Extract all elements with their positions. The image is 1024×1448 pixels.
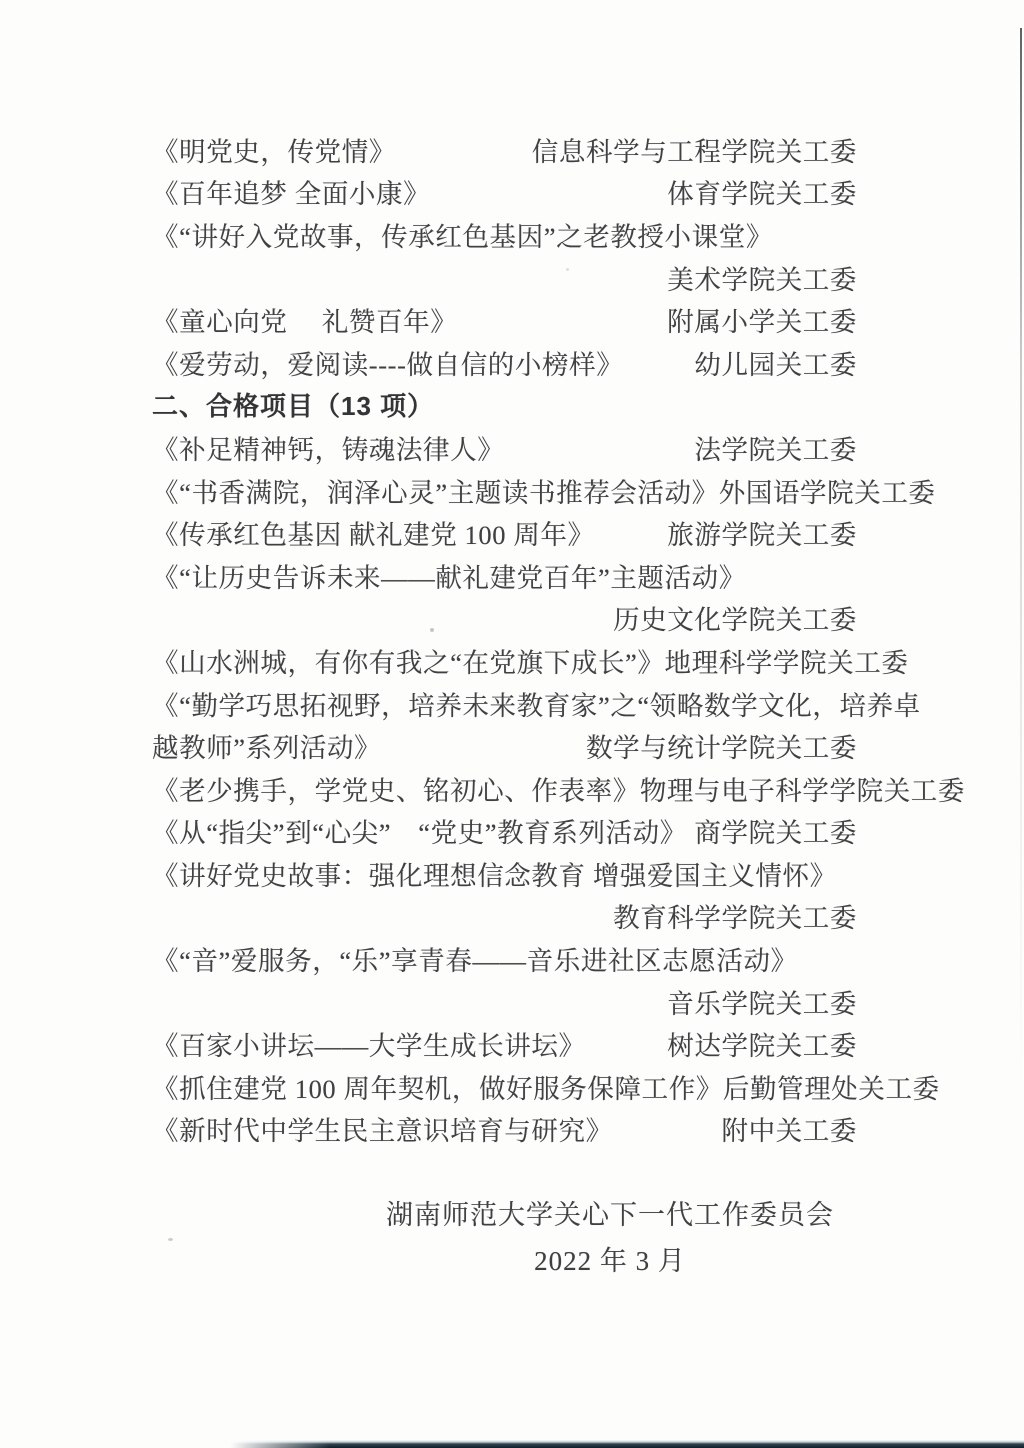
project-row: 《山水洲城，有你有我之“在党旗下成长”》 地理科学学院关工委: [152, 639, 857, 682]
project-row: 《传承红色基因 献礼建党 100 周年》 旅游学院关工委: [152, 511, 857, 554]
project-row: 教育科学学院关工委: [152, 895, 857, 938]
org-name: 音乐学院关工委: [667, 982, 857, 1021]
project-row: 《“讲好入党故事，传承红色基因”之老教授小课堂》: [152, 213, 857, 256]
org-name: 外国语学院关工委: [719, 471, 936, 510]
issue-date: 2022 年 3 月: [196, 1238, 1024, 1284]
org-name: 数学与统计学院关工委: [586, 726, 857, 765]
org-name: 物理与电子科学学院关工委: [640, 769, 965, 808]
project-row: 《老少携手，学党史、铭初心、作表率》 物理与电子科学学院关工委: [152, 767, 857, 810]
org-name: 幼儿园关工委: [694, 343, 857, 382]
org-name: 信息科学与工程学院关工委: [532, 130, 857, 169]
project-title: 《童心向党 礼赞百年》: [152, 300, 457, 339]
project-title: 《百家小讲坛——大学生成长讲坛》: [152, 1024, 586, 1063]
project-title: 《新时代中学生民主意识培育与研究》: [152, 1109, 613, 1148]
org-name: 附中关工委: [722, 1109, 858, 1148]
project-title: 《“勤学巧思拓视野，培养未来教育家”之“领略数学文化，培养卓: [152, 684, 921, 723]
org-name: 商学院关工委: [694, 811, 857, 850]
project-title: 《讲好党史故事：强化理想信念教育 增强爱国主义情怀》: [152, 854, 837, 893]
section-header-qualified-projects: 二、合格项目（13 项）: [152, 384, 857, 427]
org-name: 教育科学学院关工委: [613, 896, 857, 935]
document-body: 《明党史，传党情》 信息科学与工程学院关工委 《百年追梦 全面小康》 体育学院关…: [152, 128, 857, 1150]
project-row: 《“勤学巧思拓视野，培养未来教育家”之“领略数学文化，培养卓: [152, 682, 857, 725]
org-name: 美术学院关工委: [667, 258, 857, 297]
project-row: 《讲好党史故事：强化理想信念教育 增强爱国主义情怀》: [152, 852, 857, 895]
project-row: 《从“指尖”到“心尖” “党史”教育系列活动》 商学院关工委: [152, 810, 857, 853]
scan-speck: [168, 1238, 173, 1241]
scanned-document-page: 《明党史，传党情》 信息科学与工程学院关工委 《百年追梦 全面小康》 体育学院关…: [0, 0, 1024, 1448]
scan-speck: [430, 628, 434, 632]
project-title: 《爱劳动，爱阅读----做自信的小榜样》: [152, 343, 623, 382]
org-name: 法学院关工委: [694, 428, 857, 467]
project-row: 《“音”爱服务，“乐”享青春——音乐进社区志愿活动》: [152, 937, 857, 980]
org-name: 历史文化学院关工委: [613, 598, 857, 637]
project-title: 《“音”爱服务，“乐”享青春——音乐进社区志愿活动》: [152, 939, 798, 978]
project-title: 《“讲好入党故事，传承红色基因”之老教授小课堂》: [152, 215, 773, 254]
project-title: 《“让历史告诉未来——献礼建党百年”主题活动》: [152, 556, 746, 595]
project-row: 历史文化学院关工委: [152, 597, 857, 640]
project-title: 《传承红色基因 献礼建党 100 周年》: [152, 513, 595, 552]
org-name: 后勤管理处关工委: [723, 1067, 940, 1106]
project-title: 越教师”系列活动》: [152, 726, 381, 765]
org-name: 树达学院关工委: [667, 1024, 857, 1063]
scan-artifact-right-edge: [1020, 28, 1022, 1088]
project-row: 《爱劳动，爱阅读----做自信的小榜样》 幼儿园关工委: [152, 341, 857, 384]
project-title: 《明党史，传党情》: [152, 130, 396, 169]
scan-artifact-bottom-edge: [0, 1440, 1024, 1448]
project-row: 《百年追梦 全面小康》 体育学院关工委: [152, 171, 857, 214]
project-row: 美术学院关工委: [152, 256, 857, 299]
project-row: 《百家小讲坛——大学生成长讲坛》 树达学院关工委: [152, 1022, 857, 1065]
project-row: 《新时代中学生民主意识培育与研究》 附中关工委: [152, 1108, 857, 1151]
project-title: 《老少携手，学党史、铭初心、作表率》: [152, 769, 640, 808]
project-title: 《百年追梦 全面小康》: [152, 172, 430, 211]
project-row: 《“让历史告诉未来——献礼建党百年”主题活动》: [152, 554, 857, 597]
project-row: 《“书香满院，润泽心灵”主题读书推荐会活动》 外国语学院关工委: [152, 469, 857, 512]
project-row: 音乐学院关工委: [152, 980, 857, 1023]
project-title: 《抓住建党 100 周年契机，做好服务保障工作》: [152, 1067, 723, 1106]
project-row: 越教师”系列活动》 数学与统计学院关工委: [152, 724, 857, 767]
project-title: 《山水洲城，有你有我之“在党旗下成长”》: [152, 641, 665, 680]
org-name: 体育学院关工委: [667, 172, 857, 211]
project-title: 《从“指尖”到“心尖” “党史”教育系列活动》: [152, 811, 687, 850]
org-name: 旅游学院关工委: [667, 513, 857, 552]
signature-block: 湖南师范大学关心下一代工作委员会 2022 年 3 月: [196, 1192, 1024, 1284]
org-name: 附属小学关工委: [667, 300, 857, 339]
project-row: 《明党史，传党情》 信息科学与工程学院关工委: [152, 128, 857, 171]
project-row: 《童心向党 礼赞百年》 附属小学关工委: [152, 298, 857, 341]
project-row: 《补足精神钙，铸魂法律人》 法学院关工委: [152, 426, 857, 469]
issuing-committee: 湖南师范大学关心下一代工作委员会: [196, 1192, 1024, 1238]
project-title: 《补足精神钙，铸魂法律人》: [152, 428, 504, 467]
project-row: 《抓住建党 100 周年契机，做好服务保障工作》 后勤管理处关工委: [152, 1065, 857, 1108]
project-title: 《“书香满院，润泽心灵”主题读书推荐会活动》: [152, 471, 719, 510]
scan-speck: [566, 268, 569, 271]
org-name: 地理科学学院关工委: [665, 641, 909, 680]
